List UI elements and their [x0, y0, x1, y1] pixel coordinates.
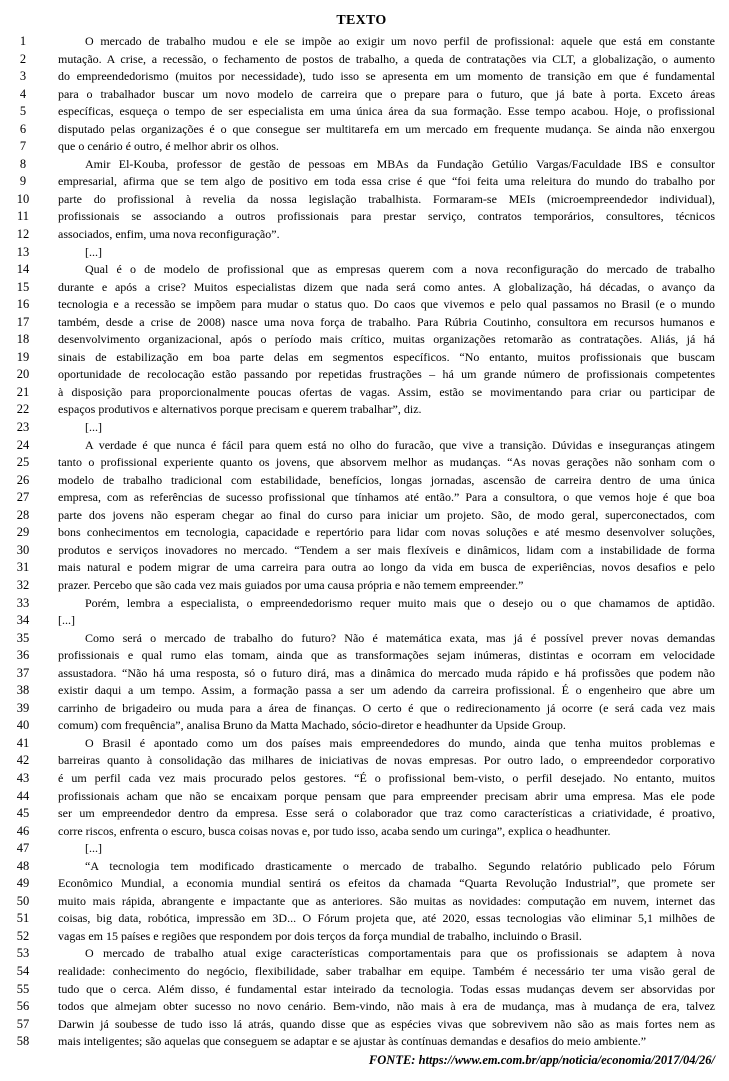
text-line: 28 parte dos jovens não esperam chegar a…	[8, 507, 715, 525]
line-text: à disposição para proporcionalmente pouc…	[58, 384, 715, 402]
line-number: 26	[8, 472, 38, 490]
text-line: 48 “A tecnologia tem modificado drastica…	[8, 858, 715, 876]
line-text: ser um empreendedor dentro da empresa. E…	[58, 805, 715, 823]
line-text: associados, enfim, uma nova reconfiguraç…	[58, 226, 715, 244]
line-number: 33	[8, 595, 38, 613]
text-line: 55 tudo que o cerca. Além disso, é funda…	[8, 981, 715, 999]
line-text: empresarial, afirma que se tem algo de p…	[58, 173, 715, 191]
line-number: 6	[8, 121, 38, 139]
text-line: 1 O mercado de trabalho mudou e ele se i…	[8, 33, 715, 51]
line-number: 5	[8, 103, 38, 121]
text-line: 19 sinais de estabilização em boa parte …	[8, 349, 715, 367]
line-number: 56	[8, 998, 38, 1016]
line-number: 18	[8, 331, 38, 349]
text-line: 23 [...]	[8, 419, 715, 437]
line-text: disputado pelas organizações é o que con…	[58, 121, 715, 139]
line-text: sinais de estabilização em boa parte del…	[58, 349, 715, 367]
line-number: 10	[8, 191, 38, 209]
line-text: existir daqui a um tempo. Assim, a forma…	[58, 682, 715, 700]
line-number: 37	[8, 665, 38, 683]
text-line: 36 profissionais e qual rumo elas tomam,…	[8, 647, 715, 665]
line-number: 14	[8, 261, 38, 279]
line-text: todos que almejam obter sucesso no novo …	[58, 998, 715, 1016]
text-line: 56 todos que almejam obter sucesso no no…	[8, 998, 715, 1016]
line-text: específicas, esqueça o tempo de ser espe…	[58, 103, 715, 121]
text-line: 8 Amir El-Kouba, professor de gestão de …	[8, 156, 715, 174]
line-number: 31	[8, 559, 38, 577]
text-line: 24 A verdade é que nunca é fácil para qu…	[8, 437, 715, 455]
line-number: 48	[8, 858, 38, 876]
line-text: barreiras quanto à consolidação das milh…	[58, 752, 715, 770]
line-text: [...]	[58, 244, 715, 262]
line-text: é um perfil cada vez mais procurado pelo…	[58, 770, 715, 788]
line-text: O mercado de trabalho mudou e ele se imp…	[58, 33, 715, 51]
text-line: 49 Econômico Mundial, a economia mundial…	[8, 875, 715, 893]
text-line: 2 mutação. A crise, a recessão, o fecham…	[8, 51, 715, 69]
text-line: 9 empresarial, afirma que se tem algo de…	[8, 173, 715, 191]
text-line: 14 Qual é o de modelo de profissional qu…	[8, 261, 715, 279]
line-number: 40	[8, 717, 38, 735]
line-number: 25	[8, 454, 38, 472]
line-number: 23	[8, 419, 38, 437]
line-number: 38	[8, 682, 38, 700]
line-number: 11	[8, 208, 38, 226]
line-number: 1	[8, 33, 38, 51]
text-line: 20 oportunidade de recolocação estão pas…	[8, 366, 715, 384]
text-line: 17 também, desde a crise de 2008) nasce …	[8, 314, 715, 332]
line-text: [...]	[58, 419, 715, 437]
line-number: 8	[8, 156, 38, 174]
line-text: espaços produtivos e alternativos porque…	[58, 401, 715, 419]
line-text: O Brasil é apontado como um dos países m…	[58, 735, 715, 753]
text-line: 47 [...]	[8, 840, 715, 858]
text-line: 37 assustadora. “Não há uma resposta, só…	[8, 665, 715, 683]
line-number: 21	[8, 384, 38, 402]
line-number: 20	[8, 366, 38, 384]
line-number: 55	[8, 981, 38, 999]
text-line: 4 para o trabalhador buscar um novo mode…	[8, 86, 715, 104]
text-body: 1 O mercado de trabalho mudou e ele se i…	[8, 33, 715, 1051]
line-number: 54	[8, 963, 38, 981]
text-line: 40 comum) com frequência”, analisa Bruno…	[8, 717, 715, 735]
line-number: 19	[8, 349, 38, 367]
line-text: também, desde a crise de 2008) nasce uma…	[58, 314, 715, 332]
text-line: 3 do empreendedorismo (muitos por necess…	[8, 68, 715, 86]
line-text: coisas, big data, robótica, impressão em…	[58, 910, 715, 928]
line-text: Darwin já soubesse de tudo isso lá atrás…	[58, 1016, 715, 1034]
line-number: 53	[8, 945, 38, 963]
line-text: bons conhecimentos em tecnologia, capaci…	[58, 524, 715, 542]
text-line: 12 associados, enfim, uma nova reconfigu…	[8, 226, 715, 244]
line-text: profissionais acham que não se encaixam …	[58, 788, 715, 806]
line-number: 22	[8, 401, 38, 419]
line-text: Qual é o de modelo de profissional que a…	[58, 261, 715, 279]
line-text: para o trabalhador buscar um novo modelo…	[58, 86, 715, 104]
line-number: 43	[8, 770, 38, 788]
line-text: realidade: conhecimento do negócio, flex…	[58, 963, 715, 981]
text-line: 18 desenvolvimento organizacional, após …	[8, 331, 715, 349]
text-line: 45 ser um empreendedor dentro da empresa…	[8, 805, 715, 823]
line-text: produtos e serviços inovadores no mercad…	[58, 542, 715, 560]
line-text: comum) com frequência”, analisa Bruno da…	[58, 717, 715, 735]
text-line: 16 tecnologia e a recessão se impõem par…	[8, 296, 715, 314]
line-number: 12	[8, 226, 38, 244]
text-line: 27 empresa, com as referências de sucess…	[8, 489, 715, 507]
text-line: 35 Como será o mercado de trabalho do fu…	[8, 630, 715, 648]
text-line: 50 muito mais rápida, abrangente e impac…	[8, 893, 715, 911]
line-text: muito mais rápida, abrangente e impactan…	[58, 893, 715, 911]
text-line: 32 prazer. Percebo que são cada vez mais…	[8, 577, 715, 595]
line-number: 52	[8, 928, 38, 946]
line-number: 3	[8, 68, 38, 86]
document-title: TEXTO	[8, 12, 715, 29]
line-text: tecnologia e a recessão se impõem para m…	[58, 296, 715, 314]
text-line: 38 existir daqui a um tempo. Assim, a fo…	[8, 682, 715, 700]
text-line: 43 é um perfil cada vez mais procurado p…	[8, 770, 715, 788]
line-number: 24	[8, 437, 38, 455]
line-number: 36	[8, 647, 38, 665]
line-number: 4	[8, 86, 38, 104]
line-number: 47	[8, 840, 38, 858]
line-text: mais inteligentes; são aquelas que conse…	[58, 1033, 715, 1051]
line-text: Econômico Mundial, a economia mundial se…	[58, 875, 715, 893]
line-number: 49	[8, 875, 38, 893]
text-line: 6 disputado pelas organizações é o que c…	[8, 121, 715, 139]
line-text: prazer. Percebo que são cada vez mais gu…	[58, 577, 715, 595]
line-number: 27	[8, 489, 38, 507]
line-text: parte do profissional à revelia da nossa…	[58, 191, 715, 209]
source-line: FONTE: https://www.em.com.br/app/noticia…	[8, 1052, 715, 1069]
text-line: 11 profissionais se associando a outros …	[8, 208, 715, 226]
line-number: 51	[8, 910, 38, 928]
text-line: 21 à disposição para proporcionalmente p…	[8, 384, 715, 402]
line-number: 7	[8, 138, 38, 156]
line-number: 39	[8, 700, 38, 718]
text-line: 7 que o cenário é outro, é melhor abrir …	[8, 138, 715, 156]
text-line: 26 modelo de trabalho tradicional com es…	[8, 472, 715, 490]
text-line: 31 mais natural e podem migrar de uma ca…	[8, 559, 715, 577]
line-text: vagas em 15 países e regiões que respond…	[58, 928, 715, 946]
text-line: 15 durante e após a crise? Muitos especi…	[8, 279, 715, 297]
line-number: 30	[8, 542, 38, 560]
line-text: parte dos jovens não esperam chegar ao f…	[58, 507, 715, 525]
line-text: Como será o mercado de trabalho do futur…	[58, 630, 715, 648]
line-text: modelo de trabalho tradicional com estab…	[58, 472, 715, 490]
line-text: que o cenário é outro, é melhor abrir os…	[58, 138, 715, 156]
line-text: Amir El-Kouba, professor de gestão de pe…	[58, 156, 715, 174]
line-text: “A tecnologia tem modificado drasticamen…	[58, 858, 715, 876]
line-number: 32	[8, 577, 38, 595]
line-text: assustadora. “Não há uma resposta, só o …	[58, 665, 715, 683]
line-number: 57	[8, 1016, 38, 1034]
text-line: 22 espaços produtivos e alternativos por…	[8, 401, 715, 419]
text-line: 42 barreiras quanto à consolidação das m…	[8, 752, 715, 770]
line-text: corre riscos, enfrenta o escuro, busca c…	[58, 823, 715, 841]
line-text: tudo que o cerca. Além disso, é fundamen…	[58, 981, 715, 999]
line-number: 9	[8, 173, 38, 191]
text-line: 39 carrinho de brigadeiro ou muda para a…	[8, 700, 715, 718]
text-line: 46 corre riscos, enfrenta o escuro, busc…	[8, 823, 715, 841]
document-page: TEXTO 1 O mercado de trabalho mudou e el…	[0, 0, 729, 1069]
line-number: 46	[8, 823, 38, 841]
line-text: durante e após a crise? Muitos especiali…	[58, 279, 715, 297]
line-text: do empreendedorismo (muitos por necessid…	[58, 68, 715, 86]
text-line: 41 O Brasil é apontado como um dos paíse…	[8, 735, 715, 753]
line-number: 35	[8, 630, 38, 648]
line-text: A verdade é que nunca é fácil para quem …	[58, 437, 715, 455]
line-number: 50	[8, 893, 38, 911]
line-text: empresa, com as referências de sucesso p…	[58, 489, 715, 507]
text-line: 44 profissionais acham que não se encaix…	[8, 788, 715, 806]
text-line: 5 específicas, esqueça o tempo de ser es…	[8, 103, 715, 121]
line-text: tanto o profissional experiente quanto o…	[58, 454, 715, 472]
line-number: 17	[8, 314, 38, 332]
line-text: profissionais se associando a outros pro…	[58, 208, 715, 226]
line-text: [...]	[58, 840, 715, 858]
line-text: desenvolvimento organizacional, após o p…	[58, 331, 715, 349]
line-number: 16	[8, 296, 38, 314]
line-number: 29	[8, 524, 38, 542]
line-number: 41	[8, 735, 38, 753]
text-line: 54 realidade: conhecimento do negócio, f…	[8, 963, 715, 981]
line-number: 45	[8, 805, 38, 823]
text-line: 58 mais inteligentes; são aquelas que co…	[8, 1033, 715, 1051]
line-number: 15	[8, 279, 38, 297]
line-number: 42	[8, 752, 38, 770]
text-line: 57 Darwin já soubesse de tudo isso lá at…	[8, 1016, 715, 1034]
line-number: 13	[8, 244, 38, 262]
line-text: oportunidade de recolocação estão passan…	[58, 366, 715, 384]
line-text: mais natural e podem migrar de uma carre…	[58, 559, 715, 577]
text-line: 34 [...]	[8, 612, 715, 630]
line-number: 34	[8, 612, 38, 630]
text-line: 29 bons conhecimentos em tecnologia, cap…	[8, 524, 715, 542]
text-line: 10 parte do profissional à revelia da no…	[8, 191, 715, 209]
text-line: 52 vagas em 15 países e regiões que resp…	[8, 928, 715, 946]
line-text: carrinho de brigadeiro ou muda para a ár…	[58, 700, 715, 718]
text-line: 25 tanto o profissional experiente quant…	[8, 454, 715, 472]
line-text: mutação. A crise, a recessão, o fechamen…	[58, 51, 715, 69]
line-text: O mercado de trabalho atual exige caract…	[58, 945, 715, 963]
line-number: 44	[8, 788, 38, 806]
line-text: profissionais e qual rumo elas tomam, ai…	[58, 647, 715, 665]
line-text: [...]	[58, 612, 715, 630]
text-line: 53 O mercado de trabalho atual exige car…	[8, 945, 715, 963]
text-line: 33 Porém, lembra a especialista, o empre…	[8, 595, 715, 613]
line-number: 58	[8, 1033, 38, 1051]
text-line: 30 produtos e serviços inovadores no mer…	[8, 542, 715, 560]
line-text: Porém, lembra a especialista, o empreend…	[58, 595, 715, 613]
text-line: 13 [...]	[8, 244, 715, 262]
line-number: 2	[8, 51, 38, 69]
text-line: 51 coisas, big data, robótica, impressão…	[8, 910, 715, 928]
line-number: 28	[8, 507, 38, 525]
